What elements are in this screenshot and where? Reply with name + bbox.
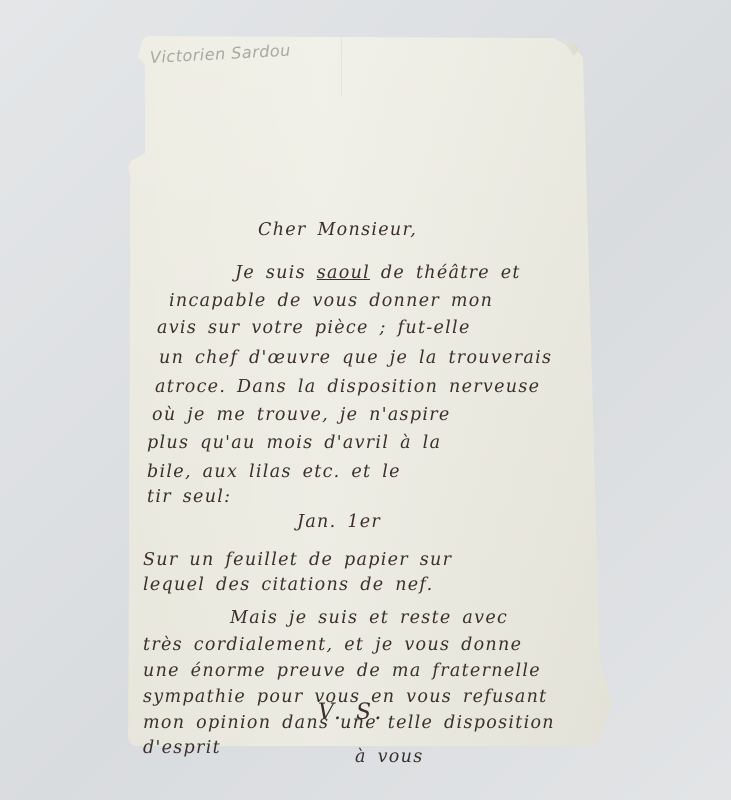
- letter-line: d'esprit: [143, 733, 221, 763]
- letter-line: plus qu'au mois d'avril à la: [147, 428, 441, 458]
- letter-line: avis sur votre pièce ; fut-elle: [157, 313, 471, 343]
- letter-line: incapable de vous donner mon: [169, 286, 493, 316]
- letter-line: où je me trouve, je n'aspire: [152, 400, 451, 430]
- line-text: Je suis: [235, 263, 317, 283]
- letter-line: Je suis saoul de théâtre et: [235, 258, 521, 288]
- letter-line: tir seul:: [147, 482, 231, 512]
- closing: à vous: [355, 742, 423, 772]
- salutation: Cher Monsieur,: [258, 215, 417, 245]
- letter-line: un chef d'œuvre que je la trouverais: [159, 343, 552, 373]
- letter-line: atroce. Dans la disposition nerveuse: [155, 372, 540, 402]
- letter-line: lequel des citations de nef.: [143, 570, 433, 600]
- underlined-word: saoul: [317, 263, 370, 283]
- dated-line: Jan. 1er: [297, 507, 381, 537]
- line-text: de théâtre et: [370, 263, 521, 283]
- signature: V. S.: [318, 700, 385, 725]
- letter-line: Mais je suis et reste avec: [230, 603, 508, 633]
